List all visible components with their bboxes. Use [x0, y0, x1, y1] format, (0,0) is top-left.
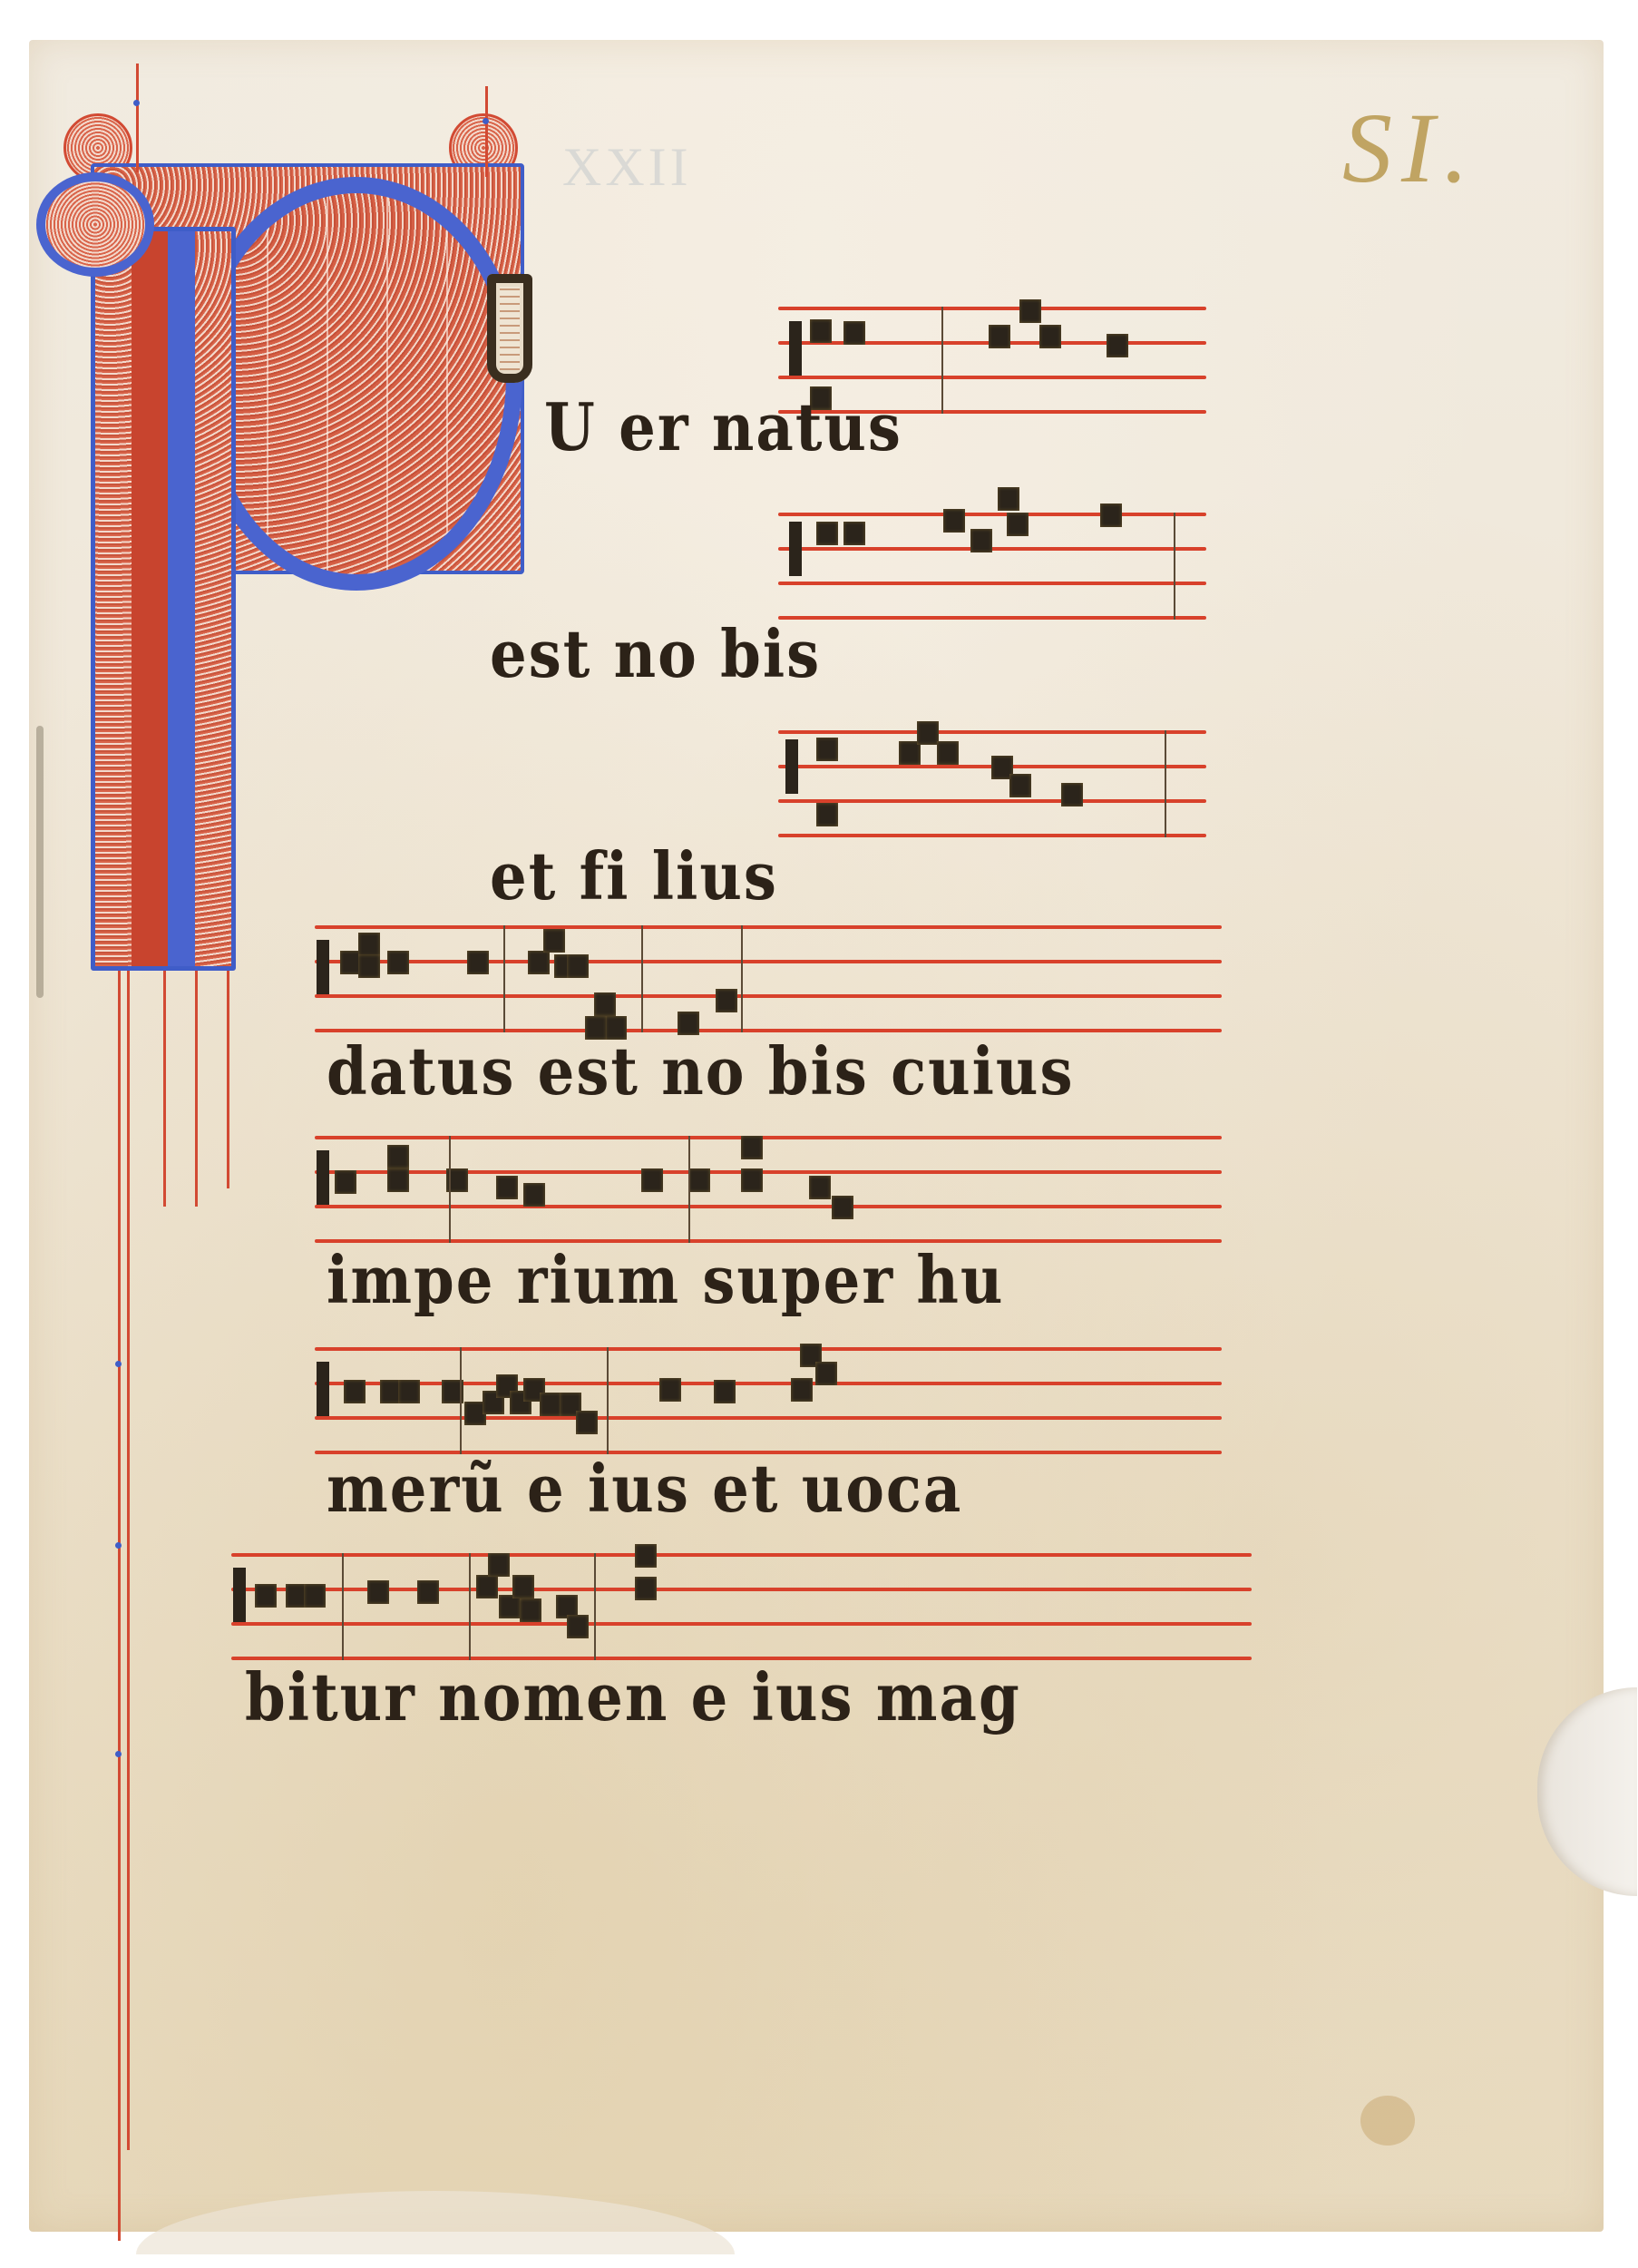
initial-bowl	[190, 177, 522, 591]
music-staff-2	[778, 513, 1206, 621]
music-staff-3	[778, 730, 1206, 839]
flourish-line	[485, 86, 488, 177]
lyric-line-6: merũ e ius et uoca	[327, 1452, 962, 1528]
flourish-dot	[115, 1361, 122, 1367]
flourish-dot	[115, 1751, 122, 1757]
flourish-line	[118, 971, 121, 2241]
show-through-numeral: XXII	[562, 136, 692, 199]
music-staff-6	[315, 1347, 1222, 1456]
flourish-line	[227, 971, 229, 1188]
flourish-dot	[483, 118, 489, 124]
stain	[1360, 2096, 1415, 2146]
lyric-line-3: et fi lius	[490, 839, 778, 915]
lyric-line-5: impe rium super hu	[327, 1243, 1004, 1319]
small-initial-u	[487, 274, 532, 383]
illuminated-initial-p	[36, 154, 508, 971]
folio-number: SI.	[1342, 91, 1477, 206]
lyric-line-7: bitur nomen e ius mag	[245, 1660, 1021, 1736]
flourish-line	[195, 971, 198, 1207]
flourish-line	[136, 64, 139, 172]
initial-curl	[36, 172, 154, 277]
flourish-line	[127, 971, 130, 2150]
initial-stem	[91, 227, 236, 971]
flourish-dot	[133, 100, 140, 106]
lyric-line-4: datus est no bis cuius	[327, 1034, 1074, 1110]
flourish-dot	[115, 1542, 122, 1549]
music-staff-4	[315, 925, 1222, 1034]
lyric-line-1: U er natus	[544, 390, 902, 466]
music-staff-7	[231, 1553, 1252, 1662]
music-staff-5	[315, 1136, 1222, 1245]
flourish-line	[163, 971, 166, 1207]
lyric-line-2: est no bis	[490, 617, 821, 693]
